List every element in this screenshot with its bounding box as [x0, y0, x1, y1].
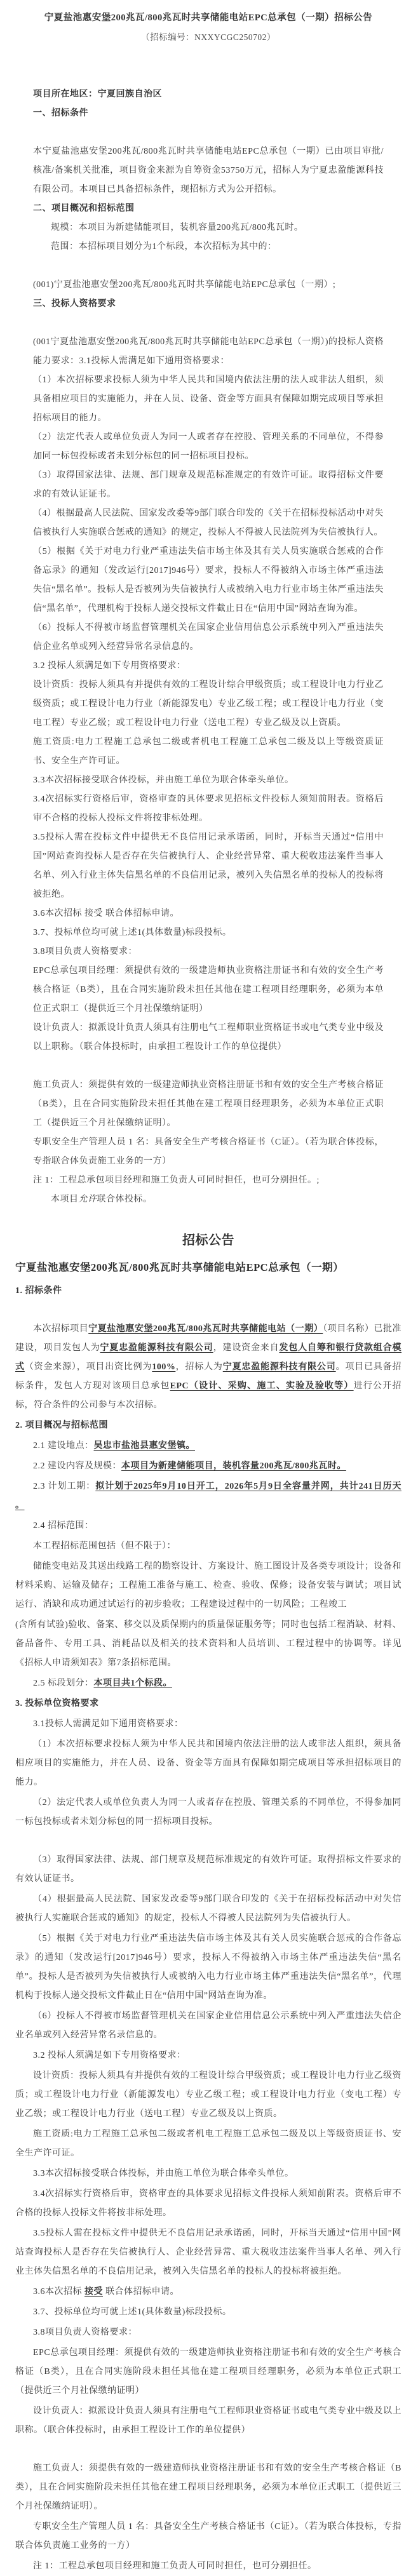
paragraph: 3.5投标人需在投标文件中提供无不良信用记录承诺函，同时，开标当天通过“信用中国… [15, 2224, 401, 2281]
emphasized-text: 宁夏忠盈能源科技有限公司 [100, 1343, 213, 1353]
text-run: (001宁夏盐池惠安堡200兆瓦/800兆瓦时共享储能电站EPC总承包（一期）)… [33, 337, 384, 366]
paragraph: （6）投标人不得被市场监督管理机关在国家企业信用信息公示系统中列入严重违法失信企… [33, 619, 384, 657]
text-run: ，建设资金来自 [213, 1343, 280, 1353]
project-region: 项目所在地区：宁夏回族自治区 [33, 85, 384, 104]
paragraph: （1）本次招标要求投标人须为中华人民共和国境内依法注册的法人或非法人组织，须具备… [15, 1735, 401, 1792]
paragraph: 施工资质:电力工程施工总承包二级或者机电工程施工总承包二级及以上等级资质证书、安… [33, 733, 384, 771]
text-run: 设计资质：投标人须具有并提供有效的工程设计综合甲级资质；或工程设计电力行业乙级资… [15, 2071, 401, 2119]
paragraph: （4）根据最高人民法院、国家发改委等9部门联合印发的《关于在招标投标活动中对失信… [33, 504, 384, 542]
emphasized-text: 100% [152, 1362, 175, 1372]
section-heading: 一、招标条件 [33, 104, 384, 123]
text-run: 施工负责人：须提供有效的一级建造师执业资格注册证书和有效的安全生产考核合格证（B… [33, 1080, 384, 1128]
text-run: 施工负责人：须提供有效的一级建造师执业资格注册证书和有效的安全生产考核合格证（B… [15, 2464, 401, 2511]
paragraph: 范围：本招标项目划分为1个标段，本次招标为其中的： [33, 238, 384, 257]
paragraph: （5）根据《关于对电力行业严重违法失信市场主体及其有关人员实施联合惩戒的合作备忘… [15, 1929, 401, 2006]
text-run: 设计资质：投标人须具有并提供有效的工程设计综合甲级资质；或工程设计电力行业乙级资… [33, 680, 384, 728]
text-run: 注 1：工程总承包项目经理和施工负责人可同时担任，也可分别担任。 [33, 2561, 317, 2571]
text-run: 联合体投标。 [97, 1195, 152, 1204]
text-run: 项目所在地区：宁夏回族自治区 [33, 90, 162, 99]
text-run: 储能变电站及其送出线路工程的勘察设计、方案设计、施工图设计及各类专项设计；设备和… [15, 1562, 401, 1609]
paragraph: 3.8项目负责人资格要求： [33, 943, 384, 962]
emphasized-text: EPC（设计、采购、施工、实验及验收等） [170, 1381, 354, 1391]
paragraph: 施工负责人：须提供有效的一级建造师执业资格注册证书和有效的安全生产考核合格证（B… [33, 1076, 384, 1133]
text-run: （资金来源），项目出资比例为 [25, 1362, 152, 1372]
text-run: (含所有试验)验收、备案、移交以及质保期内的质量保证服务等；同时也包括工程消缺、… [15, 1620, 401, 1668]
paragraph: 专职安全生产管理人员 1 名：具备安全生产考核合格证书（C证）。（若为联合体投标… [15, 2518, 401, 2556]
text-run: （1）本次招标要求投标人须为中华人民共和国境内依法注册的法人或非法人组织，须具备… [33, 375, 384, 423]
text-run: （2）法定代表人或单位负责人为同一人或者存在控股、管理关系的不同单位，不得参加同… [33, 433, 384, 461]
text-run: 3.5投标人需在投标文件中提供无不良信用记录承诺函，同时，开标当天通过“信用中国… [15, 2229, 401, 2276]
text-run: 本宁夏盐池惠安堡200兆瓦/800兆瓦时共享储能电站EPC总承包（一期）已由项目… [33, 147, 384, 194]
announcement-heading: 招标公告 [15, 1227, 401, 1254]
text-run: 二、项目概况和招标范围 [33, 204, 135, 213]
text-run: 2.4 招标范围： [33, 1521, 94, 1531]
text-run: （3）取得国家法律、法规、部门规章及规范标准规定的有效许可证。取得招标文件要求的… [15, 1855, 401, 1884]
text-run: 3.3本次招标接受联合体投标，并由施工单位为联合体牵头单位。 [33, 775, 294, 785]
text-run: 2. 项目概况与招标范围 [15, 1421, 108, 1430]
text-run: （4）根据最高人民法院、国家发改委等9部门联合印发的《关于在招标投标活动中对失信… [15, 1895, 401, 1923]
paragraph: 3.2 投标人须满足如下专用资格要求： [33, 657, 384, 676]
paragraph: (含所有试验)验收、备案、移交以及质保期内的质量保证服务等；同时也包括工程消缺、… [15, 1616, 401, 1673]
text-run: 3.8项目负责人资格要求： [33, 2328, 137, 2337]
text-run: 3.2 投标人须满足如下专用资格要求： [33, 661, 186, 671]
emphasized-text: 接受 [84, 2287, 103, 2297]
emphasized-text: 允许 [79, 1195, 97, 1204]
text-run: 3.2 投标人须满足如下专用资格要求： [33, 2051, 186, 2060]
text-run: 三、投标人资格要求 [33, 299, 116, 309]
text-run: EPC总承包项目经理：须提供有效的一级建造师执业资格注册证书和有效的安全生产考核… [33, 966, 384, 1014]
paragraph: 储能变电站及其送出线路工程的勘察设计、方案设计、施工图设计及各类专项设计；设备和… [15, 1557, 401, 1614]
paragraph: 专职安全生产管理人员 1 名：具备安全生产考核合格证书（C证）。（若为联合体投标… [33, 1133, 384, 1171]
summary-announcement: 宁夏盐池惠安堡200兆瓦/800兆瓦时共享储能电站EPC总承包（一期）招标公告（… [0, 8, 418, 1209]
text-run: 3. 投标单位资格要求 [15, 1699, 99, 1708]
section-heading: 3. 投标单位资格要求 [15, 1694, 401, 1714]
paragraph: 设计资质：投标人须具有并提供有效的工程设计综合甲级资质；或工程设计电力行业乙级资… [33, 676, 384, 733]
paragraph: 本次招标项目宁夏盐池惠安堡200兆瓦/800兆瓦时共享储能电站（一期）（项目名称… [15, 1320, 401, 1415]
section-heading: 三、投标人资格要求 [33, 295, 384, 314]
paragraph: 规模：本项目为新建储能项目，装机容量200兆瓦/800兆瓦时。 [33, 218, 384, 238]
text-run: 3.3本次招标接受联合体投标，并由施工单位为联合体牵头单位。 [33, 2169, 294, 2178]
text-run: 专职安全生产管理人员 1 名：具备安全生产考核合格证书（C证）。（若为联合体投标… [33, 1137, 384, 1166]
emphasized-text: 宁夏盐池惠安堡200兆瓦/800兆瓦时共享储能电站（一期） [88, 1324, 323, 1334]
emphasized-text: 本项目共1个标段。 [94, 1679, 173, 1688]
section-heading: 二、项目概况和招标范围 [33, 199, 384, 218]
paragraph: 3.7、投标单位均可就上述1(具体数量)标段投标。 [15, 2303, 401, 2322]
document-title: 宁夏盐池惠安堡200兆瓦/800兆瓦时共享储能电站EPC总承包（一期）招标公告 [33, 8, 384, 28]
paragraph: 3.4次招标实行资格后审，资格审查的具体要求见招标文件投标人须知前附表。资格后审… [33, 790, 384, 828]
paragraph: 3.3本次招标接受联合体投标，并由施工单位为联合体牵头单位。 [33, 771, 384, 790]
text-run: （6）投标人不得被市场监督管理机关在国家企业信用信息公示系统中列入严重违法失信企… [33, 623, 384, 652]
paragraph: 2.5 标段划分：本项目共1个标段。 [15, 1674, 401, 1693]
paragraph: 3.7、投标单位均可就上述1(具体数量)标段投标。 [33, 923, 384, 943]
text-run: 3.7、投标单位均可就上述1(具体数量)标段投标。 [33, 928, 231, 937]
text-run: 宁夏盐池惠安堡200兆瓦/800兆瓦时共享储能电站EPC总承包（一期）招标公告 [44, 13, 373, 23]
text-run: 3.4次招标实行资格后审，资格审查的具体要求见招标文件投标人须知前附表。资格后审… [15, 2189, 401, 2218]
paragraph: (001宁夏盐池惠安堡200兆瓦/800兆瓦时共享储能电站EPC总承包（一期）)… [33, 333, 384, 371]
paragraph: 设计负责人：拟派设计负责人须具有注册电气工程师职业资格证书或电气类专业中级及以上… [15, 2402, 401, 2440]
text-run: 3.5投标人需在投标文件中提供无不良信用记录承诺函，同时，开标当天通过“信用中国… [33, 833, 384, 899]
text-run: 一、招标条件 [33, 109, 88, 118]
full-announcement: 招标公告宁夏盐池惠安堡200兆瓦/800兆瓦时共享储能电站EPC总承包（一期）1… [0, 1227, 418, 2576]
text-run: 招标公告 [182, 1233, 234, 1247]
text-run: （1）本次招标要求投标人须为中华人民共和国境内依法注册的法人或非法人组织，须具备… [15, 1740, 401, 1787]
paragraph: 施工负责人：须提供有效的一级建造师执业资格注册证书和有效的安全生产考核合格证（B… [15, 2459, 401, 2516]
text-run: (001)宁夏盐池惠安堡200兆瓦/800兆瓦时共享储能电站EPC总承包（一期）… [33, 280, 335, 290]
paragraph: （1）本次招标要求投标人须为中华人民共和国境内依法注册的法人或非法人组织，须具备… [33, 371, 384, 428]
text-run: 1. 招标条件 [15, 1286, 62, 1296]
paragraph: EPC总承包项目经理：须提供有效的一级建造师执业资格注册证书和有效的安全生产考核… [33, 962, 384, 1019]
text-run: 3.6本次招标 接受 联合体招标申请。 [33, 909, 179, 918]
paragraph: 3.2 投标人须满足如下专用资格要求： [15, 2046, 401, 2065]
document-number: （招标编号：NXXYCGC250702） [33, 28, 384, 47]
paragraph: （4）根据最高人民法院、国家发改委等9部门联合印发的《关于在招标投标活动中对失信… [15, 1890, 401, 1928]
text-run: （2）法定代表人或单位负责人为同一人或者存在控股、管理关系的不同单位，不得参加同… [15, 1798, 401, 1827]
text-run: 施工资质:电力工程施工总承包二级或者机电工程施工总承包二级及以上等级资质证书、安… [33, 737, 384, 766]
paragraph: （5）根据《关于对电力行业严重违法失信市场主体及其有关人员实施联合惩戒的合作备忘… [33, 542, 384, 619]
paragraph: 施工资质:电力工程施工总承包二级或者机电工程施工总承包二级及以上等级资质证书、安… [15, 2125, 401, 2163]
paragraph: 注 1：工程总承包项目经理和施工负责人可同时担任，也可分别担任。 [15, 2557, 401, 2576]
tender-document: 宁夏盐池惠安堡200兆瓦/800兆瓦时共享储能电站EPC总承包（一期）招标公告（… [0, 0, 418, 2576]
text-run: （5）根据《关于对电力行业严重违法失信市场主体及其有关人员实施联合惩戒的合作备忘… [33, 547, 384, 614]
text-run: （招标编号：NXXYCGC250702） [141, 32, 276, 42]
text-run: 专职安全生产管理人员 1 名：具备安全生产考核合格证书（C证）。（若为联合体投标… [15, 2522, 401, 2551]
text-run: 2.5 标段划分： [33, 1679, 94, 1688]
text-run: （6）投标人不得被市场监督管理机关在国家企业信用信息公示系统中列入严重违法失信企… [15, 2011, 401, 2040]
paragraph: （2）法定代表人或单位负责人为同一人或者存在控股、管理关系的不同单位，不得参加同… [33, 428, 384, 466]
paragraph: 3.3本次招标接受联合体投标，并由施工单位为联合体牵头单位。 [15, 2164, 401, 2184]
text-run: 2.2 建设内容及规模： [33, 1461, 121, 1471]
paragraph: 本项目允许联合体投标。 [33, 1190, 384, 1209]
text-run: 2.3 计划工期： [33, 1482, 95, 1491]
section-heading: 1. 招标条件 [15, 1282, 401, 1301]
paragraph: （2）法定代表人或单位负责人为同一人或者存在控股、管理关系的不同单位，不得参加同… [15, 1794, 401, 1832]
text-run: 3.7、投标单位均可就上述1(具体数量)标段投标。 [33, 2307, 231, 2317]
text-run: 宁夏盐池惠安堡200兆瓦/800兆瓦时共享储能电站EPC总承包（一期） [15, 1261, 344, 1273]
text-run: 规模：本项目为新建储能项目，装机容量200兆瓦/800兆瓦时。 [51, 223, 303, 232]
text-run: 范围：本招标项目划分为1个标段，本次招标为其中的： [51, 242, 277, 252]
text-run: 本工程招标范围包括（但不限于）： [33, 1541, 176, 1551]
text-run: 本次招标项目 [33, 1324, 88, 1334]
text-run: 注 1：工程总承包项目经理和施工负责人可同时担任，也可分别担任。; [33, 1176, 320, 1185]
text-run: 3.6本次招标 [33, 2287, 84, 2297]
text-run: （4）根据最高人民法院、国家发改委等9部门联合印发的《关于在招标投标活动中对失信… [33, 509, 384, 537]
paragraph: (001)宁夏盐池惠安堡200兆瓦/800兆瓦时共享储能电站EPC总承包（一期）… [33, 276, 384, 295]
text-run: （3）取得国家法律、法规、部门规章及规范标准规定的有效许可证。取得招标文件要求的… [33, 471, 384, 499]
paragraph: 2.3 计划工期：拟计划于2025年9月10日开工，2026年5月9日全容量并网… [15, 1477, 401, 1515]
text-run: 联合体招标申请。 [103, 2287, 179, 2297]
paragraph: 2.2 建设内容及规模：本项目为新建储能项目，装机容量200兆瓦/800兆瓦时。 [15, 1457, 401, 1476]
emphasized-text: 本项目为新建储能项目，装机容量200兆瓦/800兆瓦时。 [121, 1461, 346, 1471]
text-run: 设计负责人：拟派设计负责人须具有注册电气工程师职业资格证书或电气类专业中级及以上… [15, 2406, 401, 2435]
text-run: 3.4次招标实行资格后审，资格审查的具体要求见招标文件投标人须知前附表。资格后审… [33, 795, 384, 823]
paragraph: 注 1：工程总承包项目经理和施工负责人可同时担任，也可分别担任。; [33, 1171, 384, 1190]
paragraph: 2.4 招标范围： [15, 1517, 401, 1536]
emphasized-text: 吴忠市盐池县惠安堡镇。 [94, 1441, 196, 1451]
text-run: 施工资质:电力工程施工总承包二级或者机电工程施工总承包二级及以上等级资质证书、安… [15, 2130, 401, 2158]
text-run: 3.1投标人需满足如下通用资格要求： [33, 1719, 184, 1729]
paragraph: 3.1投标人需满足如下通用资格要求： [15, 1715, 401, 1734]
announcement-project-title: 宁夏盐池惠安堡200兆瓦/800兆瓦时共享储能电站EPC总承包（一期） [15, 1255, 401, 1280]
paragraph: 设计资质：投标人须具有并提供有效的工程设计综合甲级资质；或工程设计电力行业乙级资… [15, 2067, 401, 2124]
paragraph: （3）取得国家法律、法规、部门规章及规范标准规定的有效许可证。取得招标文件要求的… [33, 466, 384, 504]
paragraph: 3.6本次招标 接受 联合体招标申请。 [33, 904, 384, 923]
paragraph: 3.5投标人需在投标文件中提供无不良信用记录承诺函，同时，开标当天通过“信用中国… [33, 828, 384, 904]
paragraph: 本宁夏盐池惠安堡200兆瓦/800兆瓦时共享储能电站EPC总承包（一期）已由项目… [33, 142, 384, 199]
emphasized-text: 宁夏忠盈能源科技有限公司 [223, 1362, 336, 1372]
text-run: 2.1 建设地点： [33, 1441, 94, 1451]
paragraph: 本工程招标范围包括（但不限于）： [15, 1537, 401, 1556]
paragraph: （6）投标人不得被市场监督管理机关在国家企业信用信息公示系统中列入严重违法失信企… [15, 2007, 401, 2045]
paragraph: 设计负责人：拟派设计负责人须具有注册电气工程师职业资格证书或电气类专业中级及以上… [33, 1019, 384, 1057]
text-run: 设计负责人：拟派设计负责人须具有注册电气工程师职业资格证书或电气类专业中级及以上… [33, 1023, 384, 1052]
paragraph: EPC总承包项目经理：须提供有效的一级建造师执业资格注册证书和有效的安全生产考核… [15, 2344, 401, 2401]
paragraph: 2.1 建设地点：吴忠市盐池县惠安堡镇。 [15, 1437, 401, 1456]
paragraph: 3.4次招标实行资格后审，资格审查的具体要求见招标文件投标人须知前附表。资格后审… [15, 2185, 401, 2223]
text-run: 本项目 [51, 1195, 79, 1204]
paragraph: 3.6本次招标 接受 联合体招标申请。 [15, 2283, 401, 2302]
paragraph: 3.8项目负责人资格要求： [15, 2323, 401, 2342]
text-run: （5）根据《关于对电力行业严重违法失信市场主体及其有关人员实施联合惩戒的合作备忘… [15, 1934, 401, 2001]
text-run: EPC总承包项目经理：须提供有效的一级建造师执业资格注册证书和有效的安全生产考核… [15, 2348, 401, 2396]
text-run: ，招标人为 [175, 1362, 222, 1372]
text-run: 3.8项目负责人资格要求： [33, 947, 137, 956]
paragraph: （3）取得国家法律、法规、部门规章及规范标准规定的有效许可证。取得招标文件要求的… [15, 1851, 401, 1889]
section-heading: 2. 项目概况与招标范围 [15, 1416, 401, 1435]
